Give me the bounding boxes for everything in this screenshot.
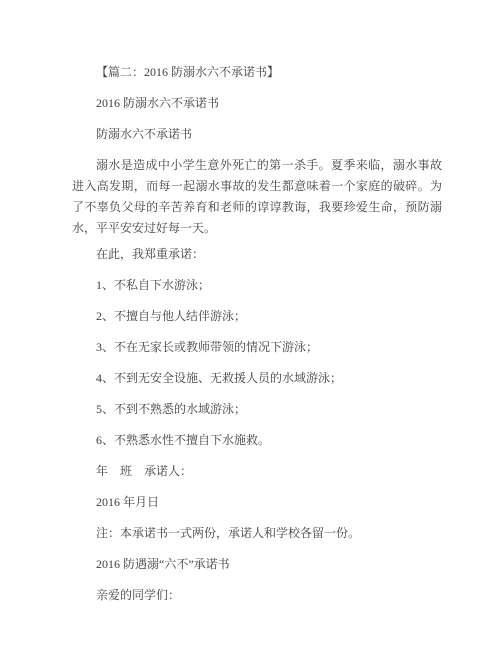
document-subtitle: 防溺水六不承诺书 xyxy=(72,124,442,145)
intro-paragraph: 溺水是造成中小学生意外死亡的第一杀手。夏季来临，溺水事故进入高发期，而每一起溺水… xyxy=(72,155,442,239)
pledge-list: 1、不私自下水游泳；2、不擅自与他人结伴游泳；3、不在无家长或教师带领的情况下游… xyxy=(72,275,442,606)
pledge-line: 注：本承诺书一式两份，承诺人和学校各留一份。 xyxy=(72,523,442,544)
pledge-line: 4、不到无安全设施、无救援人员的水域游泳； xyxy=(72,368,442,389)
pledge-line: 5、不到不熟悉的水域游泳； xyxy=(72,399,442,420)
pledge-line: 2016 防遇溺“六不”承诺书 xyxy=(72,554,442,575)
pledge-line: 1、不私自下水游泳； xyxy=(72,275,442,296)
pledge-line: 2016 年月日 xyxy=(72,492,442,513)
pledge-line: 亲爱的同学们： xyxy=(72,585,442,606)
pledge-line: 2、不擅自与他人结伴游泳； xyxy=(72,306,442,327)
document-content: 【篇二：2016 防溺水六不承诺书】 2016 防溺水六不承诺书 防溺水六不承诺… xyxy=(0,0,500,606)
document-title: 2016 防溺水六不承诺书 xyxy=(72,93,442,114)
pledge-line: 年 班 承诺人： xyxy=(72,461,442,482)
document-page: 【篇二：2016 防溺水六不承诺书】 2016 防溺水六不承诺书 防溺水六不承诺… xyxy=(0,0,500,647)
pledge-lead: 在此，我郑重承诺： xyxy=(72,244,442,265)
pledge-line: 3、不在无家长或教师带领的情况下游泳； xyxy=(72,337,442,358)
section-header: 【篇二：2016 防溺水六不承诺书】 xyxy=(72,62,442,83)
pledge-line: 6、不熟悉水性不擅自下水施救。 xyxy=(72,430,442,451)
